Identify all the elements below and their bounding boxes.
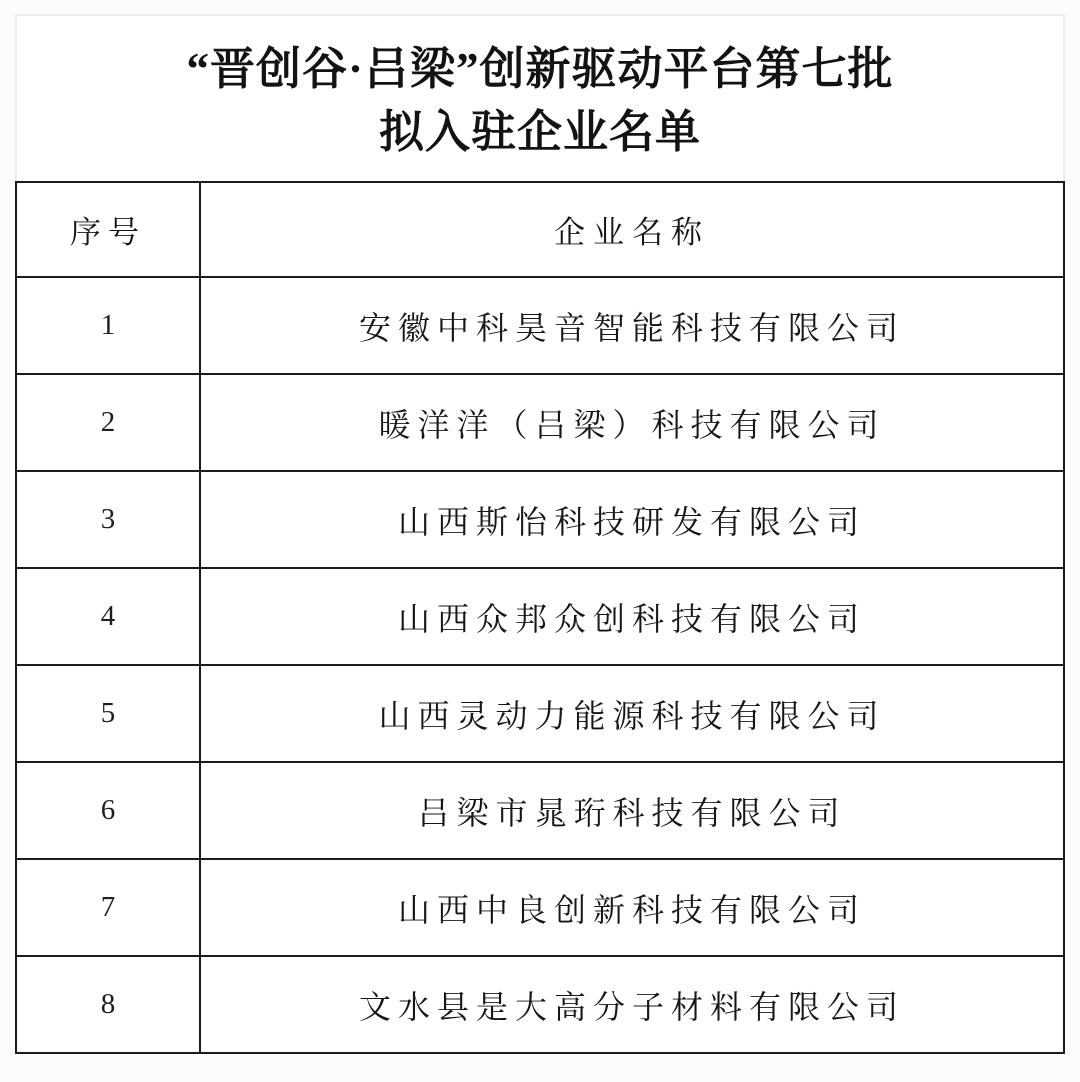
serial-number-cell: 8 (16, 956, 200, 1053)
company-name-cell: 山西斯怡科技研发有限公司 (200, 471, 1064, 568)
company-name-cell: 吕梁市晁珩科技有限公司 (200, 762, 1064, 859)
page-title-line-1: “晋创谷·吕梁”创新驱动平台第七批 (186, 38, 893, 101)
company-table: 序号 企业名称 1 安徽中科昊音智能科技有限公司 2 暖洋洋（吕梁）科技有限公司… (15, 181, 1065, 1054)
page-title: “晋创谷·吕梁”创新驱动平台第七批 拟入驻企业名单 (15, 14, 1065, 181)
page-title-line-2: 拟入驻企业名单 (379, 101, 701, 164)
serial-number-cell: 3 (16, 471, 200, 568)
table-row: 5 山西灵动力能源科技有限公司 (16, 665, 1064, 762)
table-header-row: 序号 企业名称 (16, 182, 1064, 277)
header-cell-company-name: 企业名称 (200, 182, 1064, 277)
company-name-cell: 安徽中科昊音智能科技有限公司 (200, 277, 1064, 374)
serial-number-cell: 2 (16, 374, 200, 471)
table-row: 8 文水县是大高分子材料有限公司 (16, 956, 1064, 1053)
serial-number-cell: 4 (16, 568, 200, 665)
announcement-page: “晋创谷·吕梁”创新驱动平台第七批 拟入驻企业名单 序号 企业名称 1 安徽中科… (0, 0, 1080, 1082)
company-name-cell: 文水县是大高分子材料有限公司 (200, 956, 1064, 1053)
table-row: 1 安徽中科昊音智能科技有限公司 (16, 277, 1064, 374)
company-name-cell: 暖洋洋（吕梁）科技有限公司 (200, 374, 1064, 471)
table-row: 7 山西中良创新科技有限公司 (16, 859, 1064, 956)
header-cell-serial-number: 序号 (16, 182, 200, 277)
table-row: 6 吕梁市晁珩科技有限公司 (16, 762, 1064, 859)
serial-number-cell: 5 (16, 665, 200, 762)
serial-number-cell: 1 (16, 277, 200, 374)
company-name-cell: 山西灵动力能源科技有限公司 (200, 665, 1064, 762)
company-name-cell: 山西中良创新科技有限公司 (200, 859, 1064, 956)
company-name-cell: 山西众邦众创科技有限公司 (200, 568, 1064, 665)
table-row: 2 暖洋洋（吕梁）科技有限公司 (16, 374, 1064, 471)
serial-number-cell: 7 (16, 859, 200, 956)
table-row: 4 山西众邦众创科技有限公司 (16, 568, 1064, 665)
serial-number-cell: 6 (16, 762, 200, 859)
table-row: 3 山西斯怡科技研发有限公司 (16, 471, 1064, 568)
